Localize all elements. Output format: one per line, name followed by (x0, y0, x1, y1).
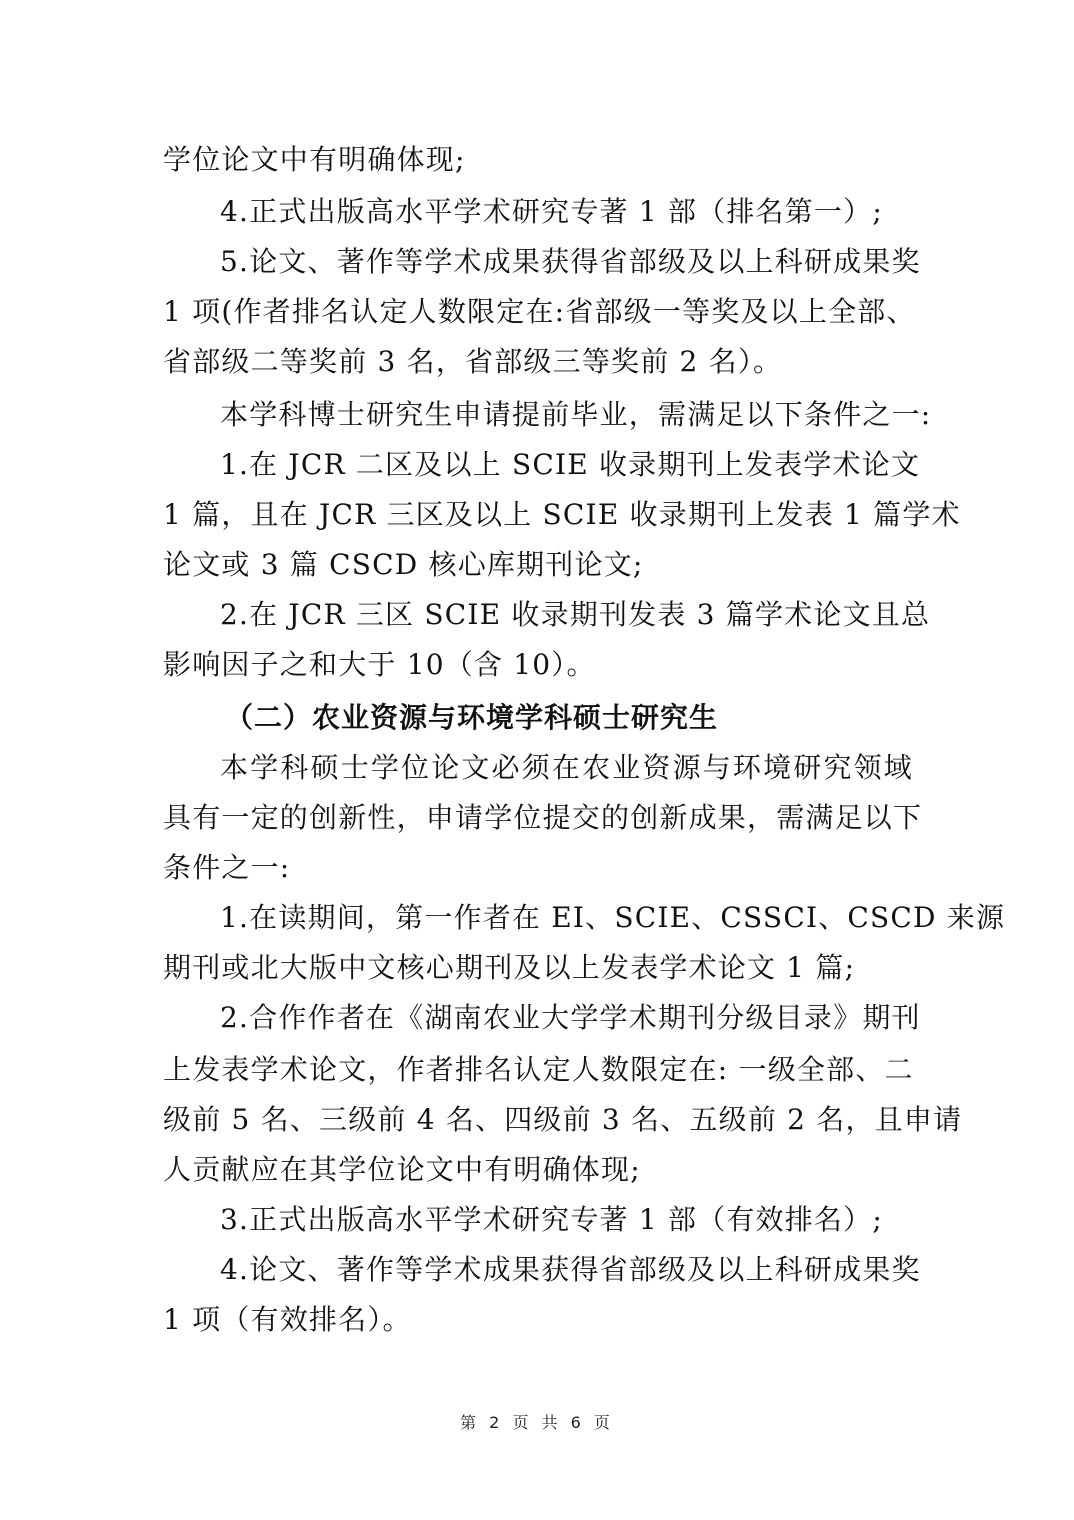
paragraph-line: 5.论文、著作等学术成果获得省部级及以上科研成果奖 (220, 244, 913, 280)
paragraph-line: 论文或 3 篇 CSCD 核心库期刊论文; (163, 547, 923, 583)
paragraph-line: 级前 5 名、三级前 4 名、四级前 3 名、五级前 2 名，且申请 (163, 1102, 913, 1138)
paragraph-line: 本学科硕士学位论文必须在农业资源与环境研究领域 (220, 750, 913, 786)
paragraph-line: 上发表学术论文，作者排名认定人数限定在: 一级全部、二 (163, 1052, 913, 1088)
paragraph-line: 学位论文中有明确体现; (163, 142, 923, 178)
page-number-footer: 第 2 页 共 6 页 (0, 1410, 1074, 1433)
paragraph-line: 期刊或北大版中文核心期刊及以上发表学术论文 1 篇; (163, 950, 923, 986)
paragraph-line: 人贡献应在其学位论文中有明确体现; (163, 1152, 923, 1188)
paragraph-line: 4.论文、著作等学术成果获得省部级及以上科研成果奖 (220, 1252, 913, 1288)
section-heading: （二）农业资源与环境学科硕士研究生 (225, 700, 985, 736)
paragraph-line: 影响因子之和大于 10（含 10）。 (163, 647, 923, 683)
paragraph-line: 1 项(作者排名认定人数限定在:省部级一等奖及以上全部、 (163, 294, 913, 330)
paragraph-line: 1.在 JCR 二区及以上 SCIE 收录期刊上发表学术论文 (220, 447, 913, 483)
paragraph-line: 4.正式出版高水平学术研究专著 1 部（排名第一）; (220, 194, 980, 230)
paragraph-line: 条件之一: (163, 850, 923, 886)
paragraph-line: 3.正式出版高水平学术研究专著 1 部（有效排名）; (220, 1202, 980, 1238)
paragraph-line: 2.在 JCR 三区 SCIE 收录期刊发表 3 篇学术论文且总 (220, 597, 913, 633)
paragraph-line: 具有一定的创新性，申请学位提交的创新成果，需满足以下 (163, 800, 913, 836)
paragraph-line: 1 篇，且在 JCR 三区及以上 SCIE 收录期刊上发表 1 篇学术 (163, 497, 913, 533)
paragraph-line: 本学科博士研究生申请提前毕业，需满足以下条件之一: (220, 397, 913, 433)
paragraph-line: 1 项（有效排名）。 (163, 1302, 923, 1338)
paragraph-line: 1.在读期间，第一作者在 EI、SCIE、CSSCI、CSCD 来源 (220, 900, 913, 936)
paragraph-line: 省部级二等奖前 3 名，省部级三等奖前 2 名）。 (163, 344, 923, 380)
paragraph-line: 2.合作作者在《湖南农业大学学术期刊分级目录》期刊 (220, 1000, 913, 1036)
